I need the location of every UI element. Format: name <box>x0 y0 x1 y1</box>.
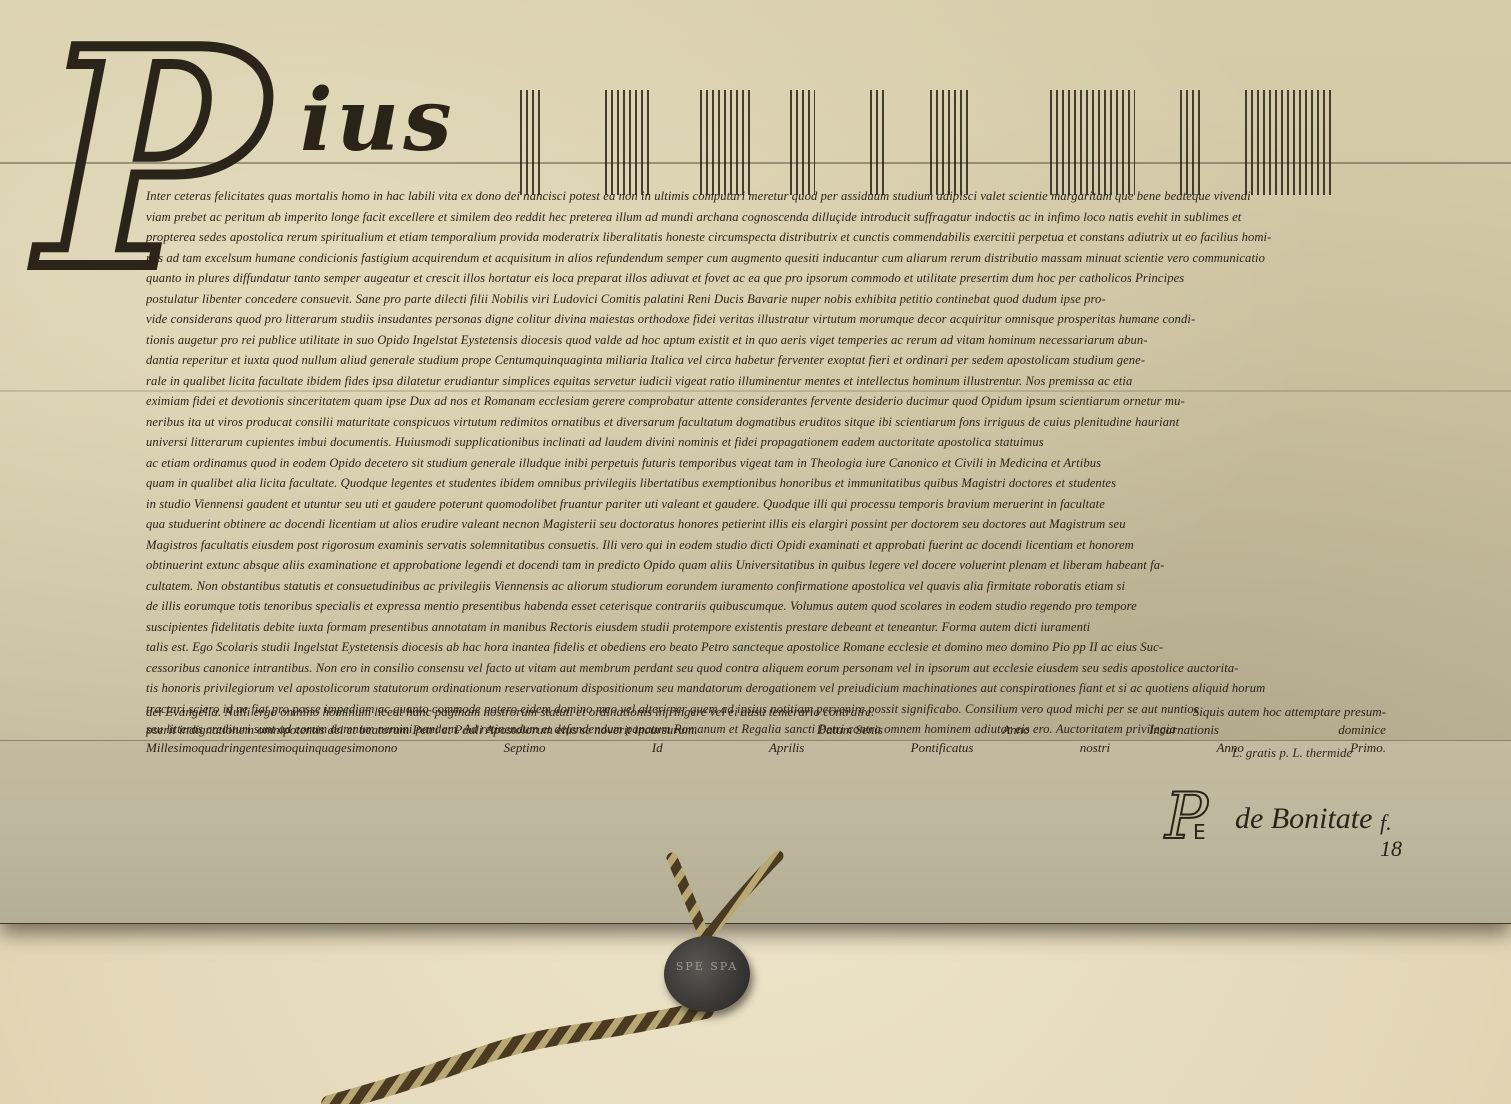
lead-seal: SPE SPA <box>664 936 750 1012</box>
seal-legend: SPE SPA <box>664 960 750 973</box>
silk-cord <box>0 0 1511 1104</box>
